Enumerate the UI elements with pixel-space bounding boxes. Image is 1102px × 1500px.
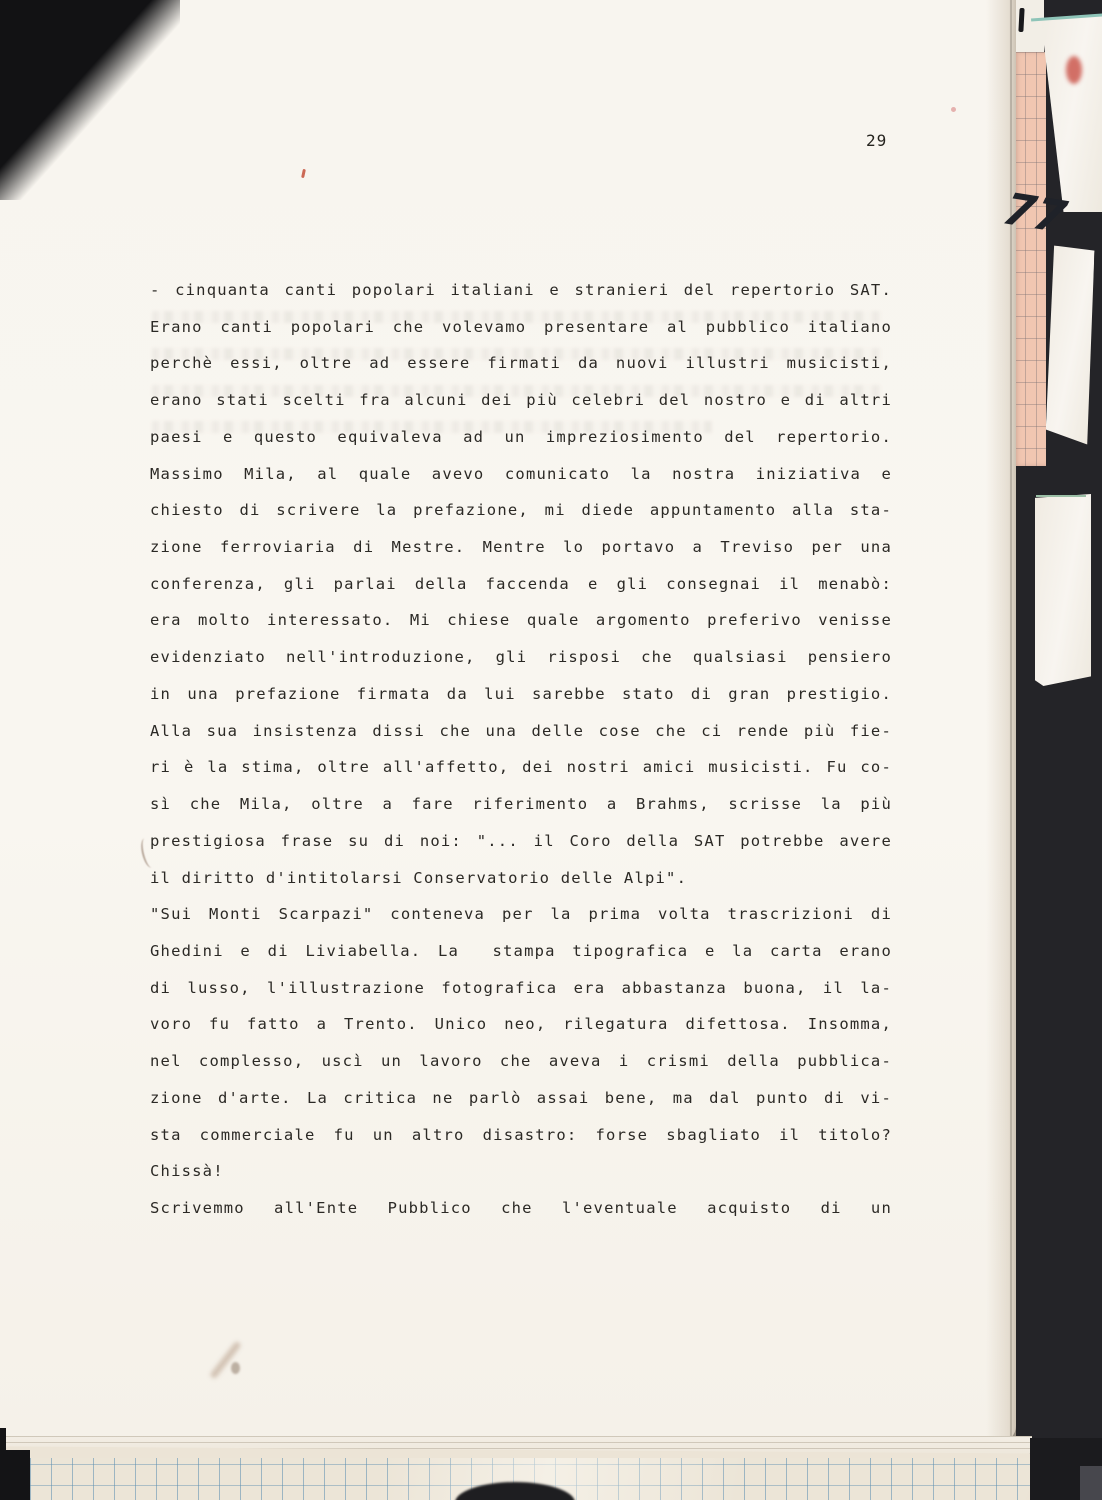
text-line: prestigiosa frase su di noi: "... il Cor… [150,823,892,860]
pink-grid-paper-strip [1014,52,1046,466]
text-line: conferenza, gli parlai della faccenda e … [150,566,892,603]
text-line: "Sui Monti Scarpazi" conteneva per la pr… [150,896,892,933]
text-line: Massimo Mila, al quale avevo comunicato … [150,456,892,493]
text-line: paesi e questo equivaleva ad un imprezio… [150,419,892,456]
text-line: zione d'arte. La critica ne parlò assai … [150,1080,892,1117]
red-ink-blob [1066,56,1082,84]
text-line: Chissà! [150,1153,892,1190]
text-line: ri è la stima, oltre all'affetto, dei no… [150,749,892,786]
paper-tab-green-edge [1036,495,1086,497]
stray-dot [951,107,956,112]
text-line: Alla sua insistenza dissi che una delle … [150,713,892,750]
text-line: Scrivemmo all'Ente Pubblico che l'eventu… [150,1190,892,1227]
paper-tab [1035,494,1091,686]
text-line: in una prefazione firmata da lui sarebbe… [150,676,892,713]
paper-tab [1045,245,1094,444]
text-line: sì che Mila, oltre a fare riferimento a … [150,786,892,823]
text-line: il diritto d'intitolarsi Conservatorio d… [150,860,892,897]
scanned-document-photo: 77 29 - cinquanta canti popolari italian… [0,0,1102,1500]
text-line: evidenziato nell'introduzione, gli rispo… [150,639,892,676]
body-text: - cinquanta canti popolari italiani e st… [150,272,892,1227]
text-line: sta commerciale fu un altro disastro: fo… [150,1117,892,1154]
text-line: di lusso, l'illustrazione fotografica er… [150,970,892,1007]
stain-dot [231,1362,240,1374]
left-edge-shadow [0,1428,6,1500]
text-line: voro fu fatto a Trento. Unico neo, rileg… [150,1006,892,1043]
text-line: Ghedini e di Liviabella. La stampa tipog… [150,933,892,970]
text-line: nel complesso, uscì un lavoro che aveva … [150,1043,892,1080]
folded-corner-shadow [0,0,180,200]
text-line: era molto interessato. Mi chiese quale a… [150,602,892,639]
handwritten-note: 77 [998,184,1072,243]
text-line: zione ferroviaria di Mestre. Mentre lo p… [150,529,892,566]
text-line: chiesto di scrivere la prefazione, mi di… [150,492,892,529]
text-line: erano stati scelti fra alcuni dei più ce… [150,382,892,419]
page-number: 29 [866,131,887,150]
text-line: - cinquanta canti popolari italiani e st… [150,272,892,309]
text-line: Erano canti popolari che volevamo presen… [150,309,892,346]
bottom-right-corner-piece [1080,1466,1102,1500]
text-line: perchè essi, oltre ad essere firmati da … [150,345,892,382]
